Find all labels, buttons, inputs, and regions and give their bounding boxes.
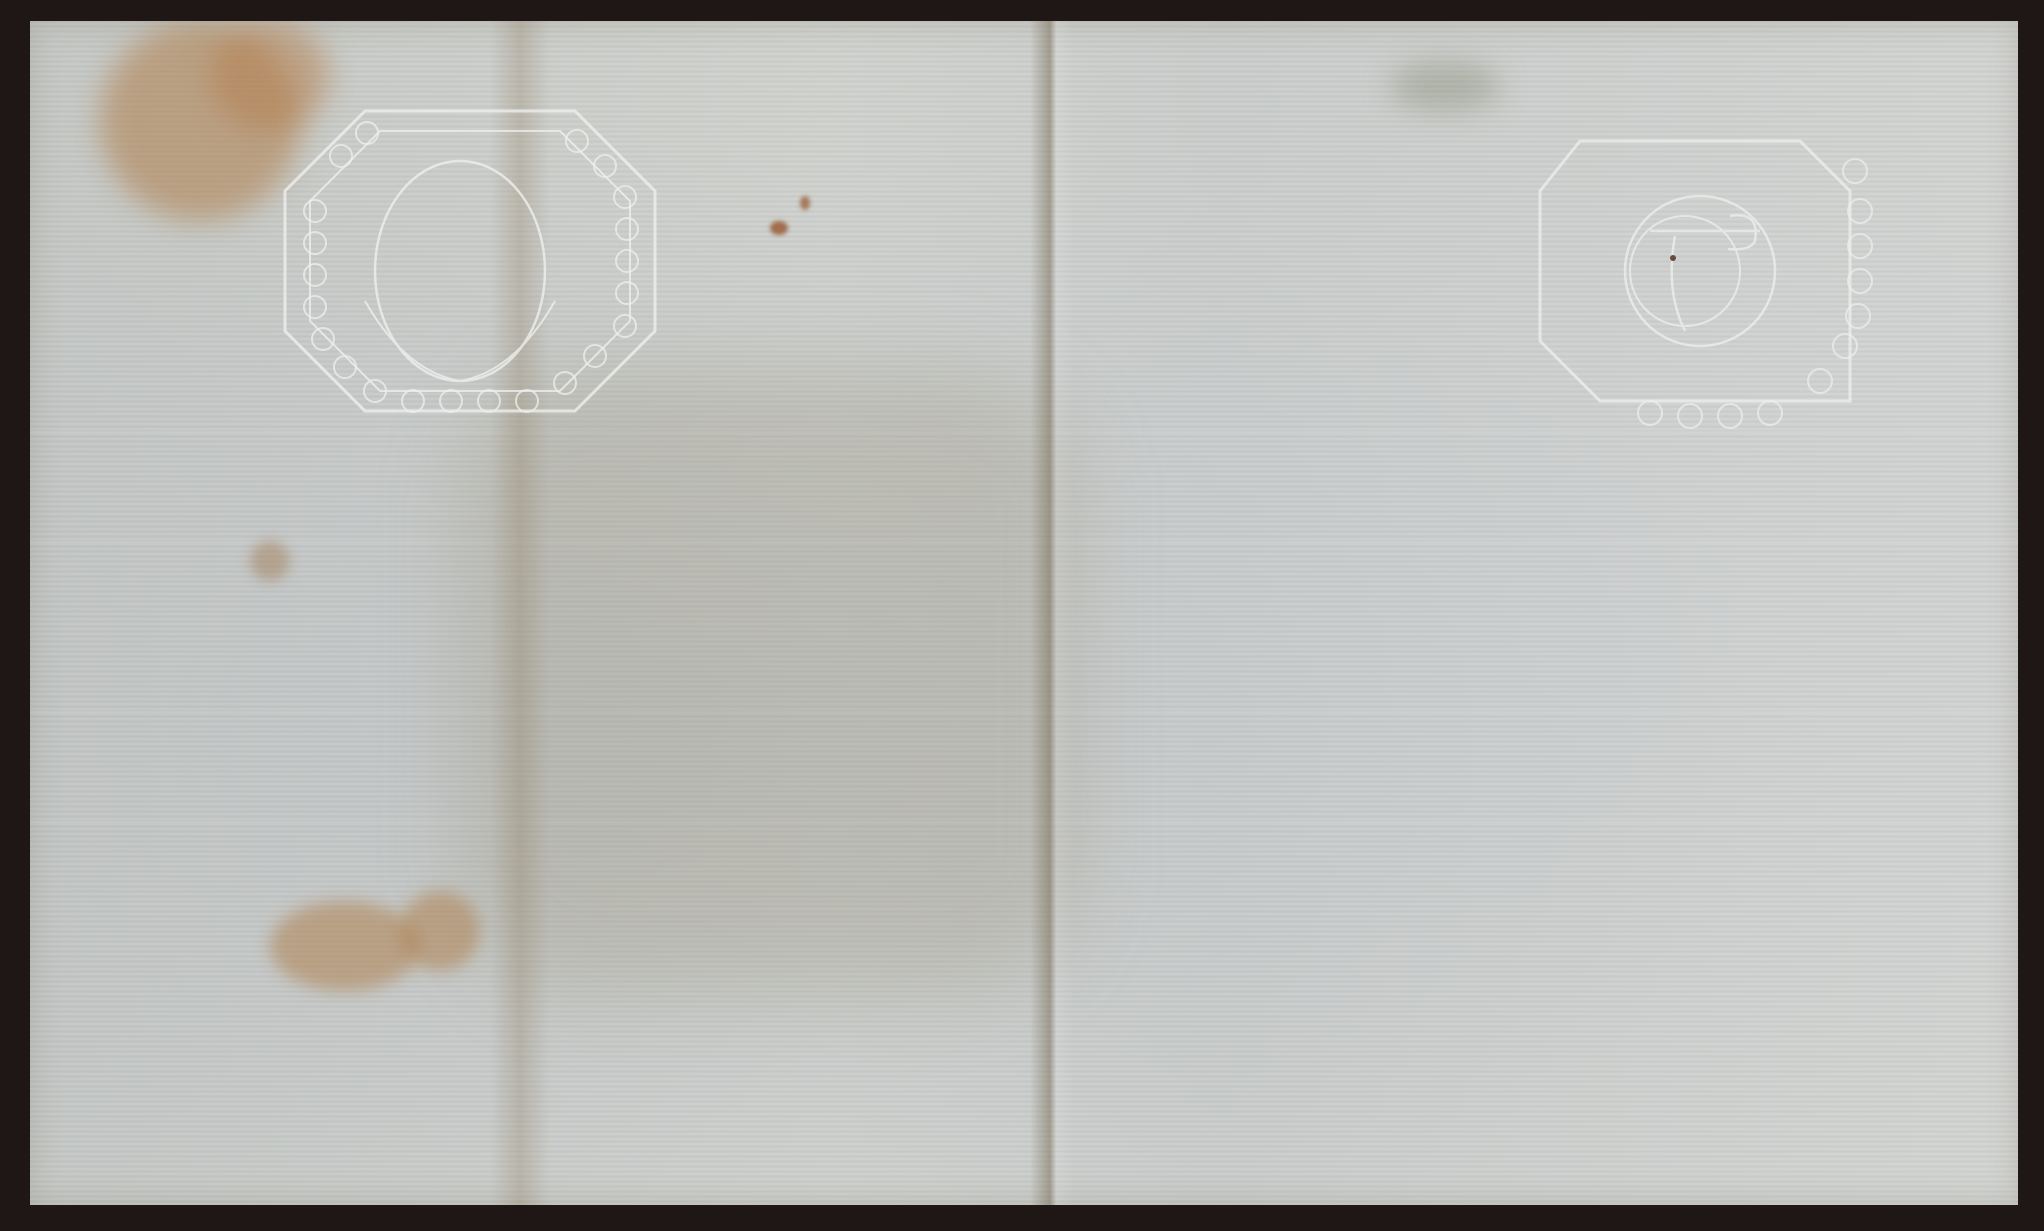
banknote-reverse [30, 21, 2018, 1205]
right-embossed-seal-icon [1500, 101, 1920, 461]
foxing-stain-lower-left-2 [400, 891, 480, 971]
fold-line-center [1030, 21, 1074, 1205]
discoloration-band [460, 371, 1080, 991]
speck [800, 196, 810, 210]
foxing-stain-lower-left [270, 901, 420, 991]
speck [250, 541, 290, 581]
foxing-spot-top-right [1390, 61, 1500, 111]
ink-spot [1670, 255, 1676, 261]
speck [770, 221, 788, 235]
left-embossed-seal-icon [255, 71, 675, 441]
